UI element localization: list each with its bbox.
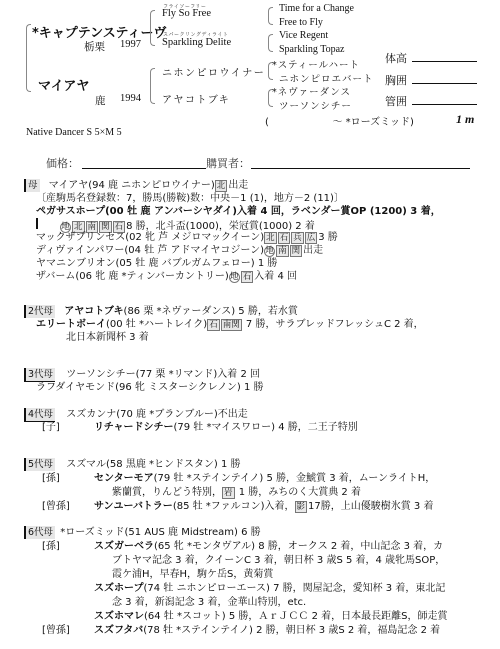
- badge: 影: [295, 501, 308, 513]
- badge: 石: [278, 232, 291, 244]
- relation-label: [曾孫]: [42, 500, 94, 513]
- price-label: 価格：: [46, 155, 79, 171]
- dam-color: 鹿: [95, 93, 106, 108]
- badge-hokkaido: 北: [215, 180, 228, 192]
- g3-5: *スティールハート: [272, 57, 360, 71]
- offspring-detail: (74 牡 ニホンピローエース) 7 勝，関屋記念，愛知杯 3 着，東北記: [144, 583, 446, 594]
- 6th-dam-desc-1-cont-1: ブトヤマ記念 3 着，クイーンC 3 着，朝日杯 3 歳S 5 着，4 歳牝馬S…: [112, 554, 445, 567]
- buyer-label: 購買者：: [206, 155, 250, 171]
- g3-7: *ネヴァーダンス: [272, 84, 351, 98]
- offspring-name: エリートボーイ: [36, 319, 106, 330]
- 4th-dam-head: スズカンナ(70 鹿 *ブランブルー)不出走: [66, 409, 248, 420]
- local-circle-icon: 地: [264, 246, 275, 257]
- cannon-field[interactable]: [412, 104, 477, 105]
- badge: 北: [264, 232, 277, 244]
- offspring-summary: 〔産駒馬名登録数：7，勝馬(勝鞍)数：中央－1 (1)，地方－2 (11)〕: [36, 192, 344, 205]
- offspring-name: スズフタバ: [94, 625, 143, 636]
- offspring-name: サンユーバトラー: [94, 501, 173, 512]
- 6th-dam-desc-1-cont-2: 霞ケ浦H，早春H，駒ケ岳S，黄菊賞: [112, 568, 273, 581]
- offspring-3-text: ディヴァインパワー(04 牡 芦 アドマイヤコジーン): [36, 245, 264, 256]
- 6th-dam-head: *ローズミッド(51 AUS 鹿 Midstream) 6 勝: [60, 527, 260, 538]
- offspring-detail: (79 牡 *マイスワロー) 4 勝，二王子特別: [174, 422, 358, 433]
- dam-brace: [150, 68, 155, 104]
- 2nd-dam-name: アヤコトブキ: [64, 306, 123, 317]
- 2nd-dam-offspring-1-cont: 北日本新聞杯 3 着: [66, 331, 149, 344]
- 6th-dam-desc-3: スズホマレ(64 牡 *スコット) 5 勝，ＡｒＪＣＣ 2 着，日本最長距離S，…: [94, 610, 447, 623]
- 5th-dam-desc-1: [孫]センターモア(79 牡 *ステインテイノ) 5 勝，金鯱賞 3 着，ムーン…: [42, 472, 435, 485]
- badge: 関: [290, 245, 303, 257]
- g3-8: ツーソンシチー: [279, 98, 352, 112]
- height-label: 体高: [385, 50, 407, 66]
- dam-head: マイアヤ(94 鹿 ニホンピロウイナー): [49, 180, 215, 191]
- offspring-tail: 7 勝，サラブレッドフレッシュC 2 着，: [243, 319, 424, 330]
- inbreeding: Native Dancer S 5×M 5: [26, 127, 122, 138]
- 2nd-dam-offspring-1: エリートボーイ(00 牡 *ハートレイク)石南関 7 勝，サラブレッドフレッシュ…: [36, 318, 424, 331]
- badge: 兵: [291, 232, 304, 244]
- offspring-name: リチャードシチー: [94, 422, 174, 433]
- detail-after: 1 勝，みちのく大賞典 2 着: [236, 487, 361, 498]
- 5th-dam-head: スズマル(58 黒鹿 *ヒンドスタン) 1 勝: [66, 459, 240, 470]
- relation-label: [孫]: [42, 540, 94, 553]
- badge: 石: [207, 319, 220, 331]
- 6th-dam-desc-4: [曾孫]スズフタバ(78 牡 *ステインテイノ) 2 勝，朝日杯 3 歳S 2 …: [42, 624, 440, 637]
- offspring-5: ザバーム(06 牝 鹿 *ティンバーカントリー)地石入着 4 回: [36, 270, 297, 283]
- relation-label: [曾孫]: [42, 624, 94, 637]
- g3-brace-2: [268, 34, 273, 52]
- family-line: ( ～ *ローズミッド): [265, 113, 414, 128]
- sire-color: 栃栗: [84, 39, 105, 54]
- 2nd-dam-head: (86 栗 *ネヴァーダンス) 5 勝，若水賞: [124, 306, 298, 317]
- offspring-detail: (64 牡 *スコット) 5 勝，ＡｒＪＣＣ 2 着，日本最長距離S，師走賞: [144, 611, 447, 622]
- sire-dam-name: Sparkling Delite: [162, 37, 231, 48]
- offspring-name: スズホープ: [94, 583, 144, 594]
- chest-label: 胸囲: [385, 72, 407, 88]
- badge: 南: [276, 245, 289, 257]
- buyer-field[interactable]: [251, 168, 470, 169]
- detail-before: (85 牡 *ファルコン)入着，: [173, 501, 295, 512]
- continuation-bar: [36, 218, 38, 229]
- g3-3: Vice Regent: [279, 30, 328, 41]
- dam-year: 1994: [120, 93, 141, 104]
- 6th-dam-desc-2: スズホープ(74 牡 ニホンピローエース) 7 勝，関屋記念，愛知杯 3 着，東…: [94, 582, 445, 595]
- sire-brace: [150, 10, 155, 46]
- cannon-label: 管囲: [385, 93, 407, 109]
- g3-6: ニホンピロエバート: [279, 71, 374, 85]
- 3rd-dam-offspring-1: ラフダイヤモンド(96 牝 ミスターシクレノン) 1 勝: [36, 381, 264, 394]
- offspring-4: ヤマニンブリオン(05 牡 鹿 バブルガムフェロー) 1 勝: [36, 257, 277, 270]
- detail-after: 17勝，上山優駿樹氷賞 3 着: [308, 501, 433, 512]
- 5th-dam-desc-1-cont: 紫蘭賞，りんどう特別，岩 1 勝，みちのく大賞典 2 着: [112, 486, 361, 499]
- gen-tag-2: 2代母: [24, 305, 55, 318]
- g3-2: Free to Fly: [279, 17, 323, 28]
- offspring-2-text: マックザプリンセス(02 牝 芦 メジロマックイーン): [36, 232, 264, 243]
- badge: 広: [305, 232, 318, 244]
- g3-brace-1: [268, 7, 273, 25]
- 6th-dam-desc-2-cont: 念 3 着，新潟記念 3 着，金華山特別，etc.: [112, 596, 306, 609]
- 5th-dam-desc-2: [曾孫]サンユーバトラー(85 牡 *ファルコン)入着，影17勝，上山優駿樹氷賞…: [42, 500, 433, 513]
- badge: 岩: [222, 487, 235, 499]
- dam-dam-name: アヤコトブキ: [162, 91, 230, 106]
- detail-before: 紫蘭賞，りんどう特別，: [112, 487, 222, 498]
- offspring-detail: (78 牡 *ステインテイノ) 2 勝，朝日杯 3 歳S 2 着，福島記念 2 …: [143, 625, 440, 636]
- offspring-name: スズホマレ: [94, 611, 144, 622]
- offspring-3-tail: 出走: [303, 245, 323, 256]
- offspring-2: マックザプリンセス(02 牝 芦 メジロマックイーン)北石兵広3 勝: [36, 231, 338, 244]
- sire-sire-name: Fly So Free: [162, 8, 211, 19]
- gen-tag-6: 6代母: [24, 526, 55, 539]
- offspring-1-text: ペガサスホープ(00 牡 鹿 アンバーシヤダイ)入着 4 回，ラベンダー賞OP …: [36, 206, 441, 217]
- offspring-5-text: ザバーム(06 牝 鹿 *ティンバーカントリー): [36, 271, 229, 282]
- offspring-detail: (79 牡 *ステインテイノ) 5 勝，金鯱賞 3 着，ムーンライトH，: [154, 473, 436, 484]
- gen-tag-5: 5代母: [24, 458, 55, 471]
- gen-tag-3: 3代母: [24, 368, 55, 382]
- g3-1: Time for a Change: [279, 3, 354, 14]
- price-field[interactable]: [82, 168, 206, 169]
- chest-field[interactable]: [412, 83, 477, 84]
- offspring-5-tail: 入着 4 回: [254, 271, 297, 282]
- offspring-name: センターモア: [94, 473, 154, 484]
- gen-tag-4: 4代母: [24, 408, 55, 422]
- local-circle-icon: 地: [229, 272, 240, 283]
- height-field[interactable]: [412, 61, 477, 62]
- offspring-detail: (00 牡 *ハートレイク): [106, 319, 207, 330]
- offspring-3: ディヴァインパワー(04 牡 芦 アドマイヤコジーン)地南関出走: [36, 244, 323, 257]
- offspring-detail: (65 牝 *モンタヴアル) 8 勝，オークス 2 着，中山記念 3 着，カ: [154, 541, 443, 552]
- family-number: 1 m: [456, 112, 474, 127]
- offspring-2-tail: 3 勝: [318, 232, 338, 243]
- gen-tag-dam: 母: [24, 179, 40, 192]
- offspring-name: スズガーベラ: [94, 541, 154, 552]
- g3-4: Sparkling Topaz: [279, 44, 345, 55]
- badge: 南関: [221, 319, 242, 331]
- dam-sire-name: ニホンピロウイナー: [162, 64, 265, 79]
- sire-year: 1997: [120, 39, 141, 50]
- dam-head-tail: 出走: [228, 180, 248, 191]
- 4th-dam-offspring-1: [子]リチャードシチー(79 牡 *マイスワロー) 4 勝，二王子特別: [42, 421, 358, 434]
- relation-label: [子]: [42, 421, 94, 434]
- relation-label: [孫]: [42, 472, 94, 485]
- badge: 石: [241, 271, 254, 283]
- dam-name: マイアヤ: [38, 75, 89, 94]
- 3rd-dam-head: ツーソンシチー(77 栗 *リマンド)入着 2 回: [66, 369, 260, 380]
- offspring-1: ペガサスホープ(00 牡 鹿 アンバーシヤダイ)入着 4 回，ラベンダー賞OP …: [36, 205, 441, 218]
- 6th-dam-desc-1: [孫]スズガーベラ(65 牝 *モンタヴアル) 8 勝，オークス 2 着，中山記…: [42, 540, 443, 553]
- pedigree-brace: [26, 24, 31, 92]
